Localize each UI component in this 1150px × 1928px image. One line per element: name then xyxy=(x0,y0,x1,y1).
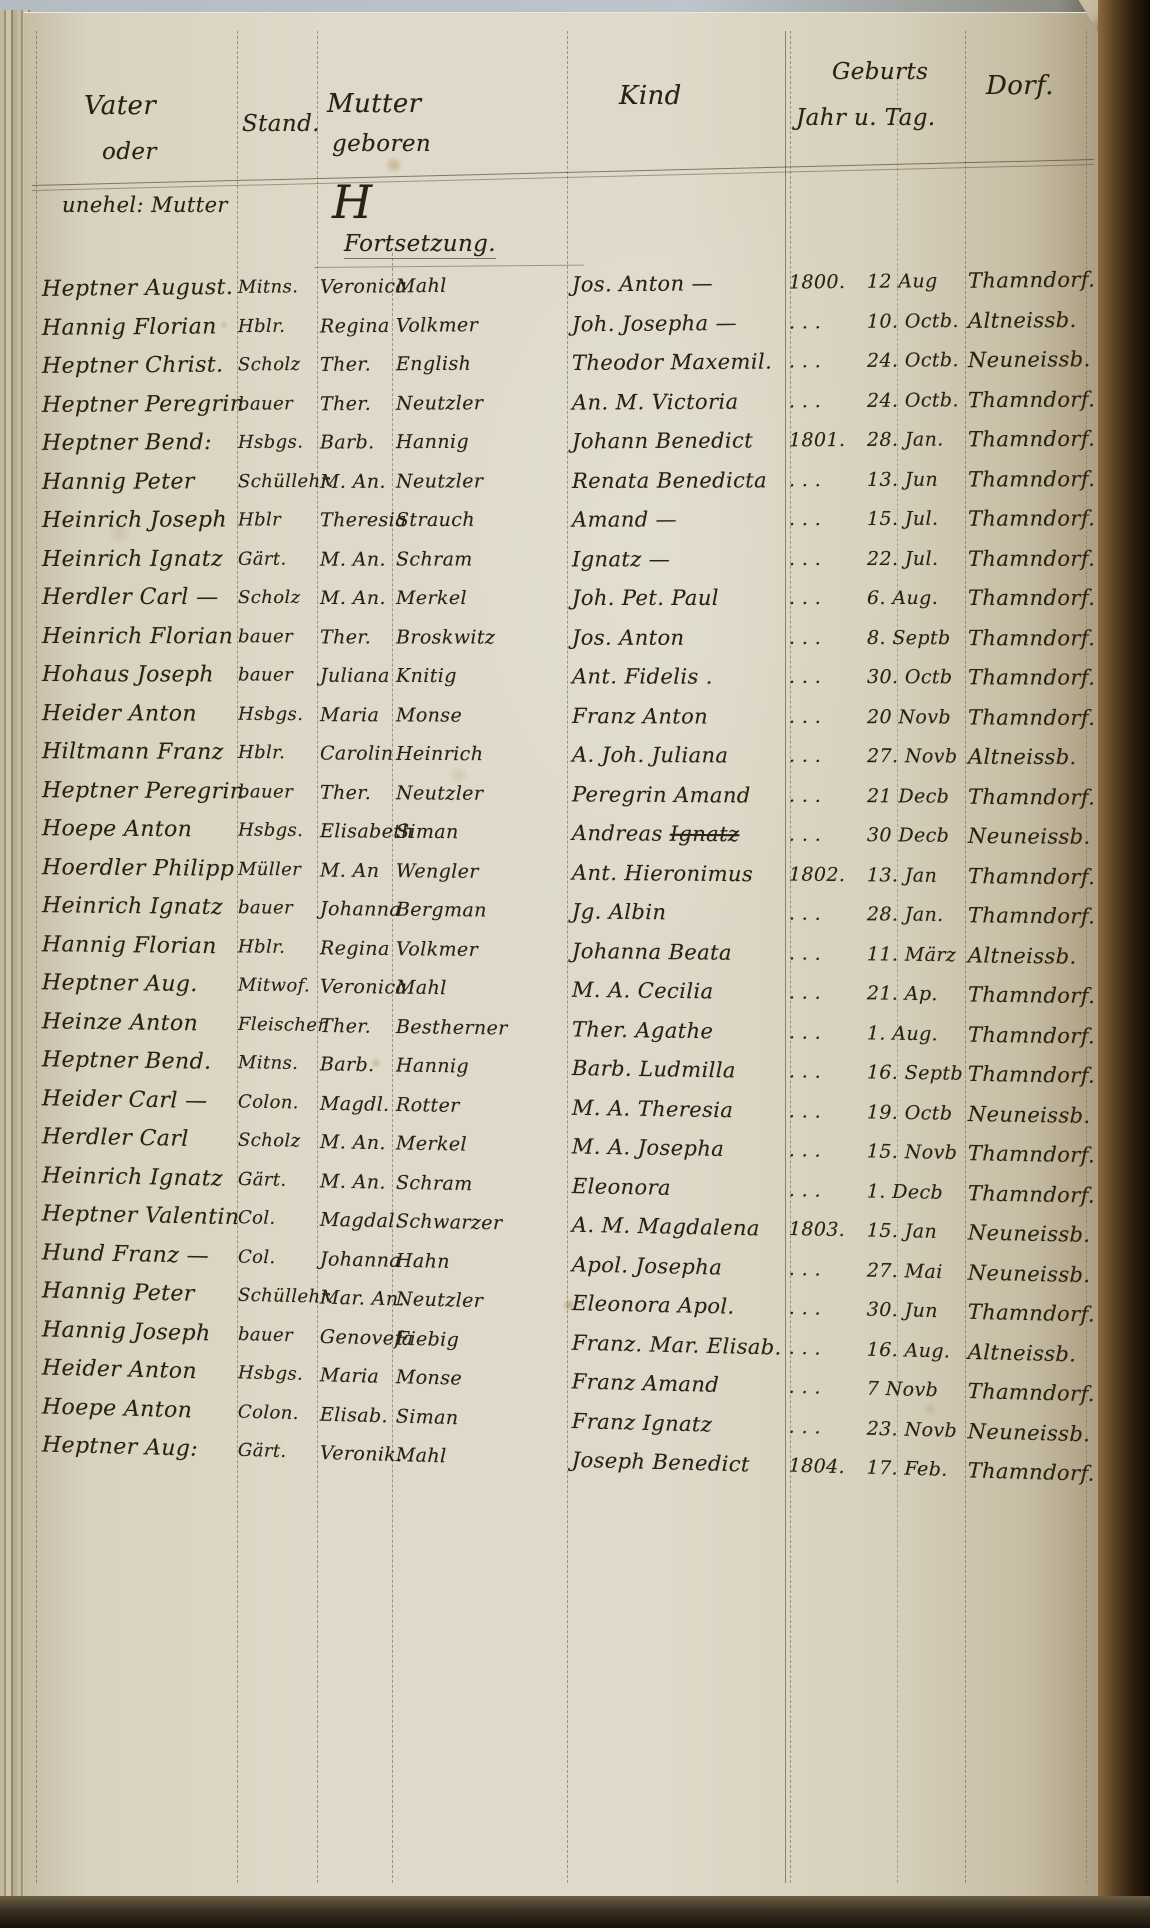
cell-mother-surname: Schram xyxy=(396,1163,473,1203)
cell-year: . . . xyxy=(789,579,821,618)
cell-day: 27. Novb xyxy=(867,737,958,776)
cell-village: Thamndorf. xyxy=(968,976,1096,1016)
cell-mother-given: M. An. xyxy=(320,1162,387,1202)
cell-father: Heptner August. xyxy=(42,269,234,309)
cell-mother-surname: Monse xyxy=(395,1358,462,1398)
cell-stand: Colon. xyxy=(237,1393,299,1433)
cell-village: Thamndorf. xyxy=(968,1055,1096,1095)
cell-day: 21. Ap. xyxy=(867,974,938,1013)
cell-village: Thamndorf. xyxy=(968,619,1095,658)
cell-year: . . . xyxy=(788,1368,821,1407)
cell-mother-surname: Mahl xyxy=(396,969,447,1008)
cell-mother-given: Ther. xyxy=(320,1006,372,1045)
cell-day: 11. März xyxy=(867,935,957,974)
cell-mother-surname: Fiebig xyxy=(395,1319,459,1359)
cell-stand: Hsbgs. xyxy=(237,1354,303,1394)
cell-father: Heptner Aug: xyxy=(41,1426,198,1469)
cell-year: . . . xyxy=(789,816,821,855)
cell-child: Johann Benedict xyxy=(572,421,753,460)
cell-mother-surname: Hannig xyxy=(396,1046,470,1086)
cell-day: 19. Octb xyxy=(867,1093,953,1133)
cell-mother-given: Barb. xyxy=(320,423,375,462)
cell-year: . . . xyxy=(789,1092,822,1131)
cell-mother-given: M. An xyxy=(320,851,380,890)
cell-child: Theodor Maxemil. xyxy=(572,343,772,383)
cell-mother-surname: Siman xyxy=(395,1397,459,1437)
cell-day: 10. Octb. xyxy=(867,302,959,341)
cell-day: 30. Octb xyxy=(867,658,953,697)
cell-year: . . . xyxy=(789,697,821,736)
cell-stand: Hblr. xyxy=(238,734,286,773)
cell-mother-given: Maria xyxy=(319,1356,379,1396)
cell-year: . . . xyxy=(789,894,822,933)
book-bottom-shadow xyxy=(0,1896,1150,1928)
cell-day: 22. Jul. xyxy=(867,539,938,578)
cell-year: . . . xyxy=(789,1171,822,1210)
header-birth-line2: Jahr u. Tag. xyxy=(796,105,936,131)
cell-father: Heider Carl — xyxy=(42,1080,208,1121)
cell-child: Franz Amand xyxy=(571,1362,719,1404)
cell-mother-given: Elisab. xyxy=(319,1395,388,1435)
cell-stand: Mitns. xyxy=(238,268,299,307)
header-father-line2: oder xyxy=(102,139,157,165)
cell-stand: Colon. xyxy=(238,1083,300,1122)
cell-stand: Scholz xyxy=(238,346,301,385)
cell-mother-given: Veronica xyxy=(320,968,408,1008)
cell-child: Eleonora Apol. xyxy=(571,1284,735,1326)
cell-mother-surname: Monse xyxy=(396,696,462,735)
cell-year: . . . xyxy=(788,1249,821,1288)
header-rule-bottom xyxy=(32,164,1094,191)
cell-day: 15. Jan xyxy=(866,1211,937,1251)
cell-child: Barb. Ludmilla xyxy=(572,1049,736,1090)
cell-father: Heinrich Ignatz xyxy=(42,1157,224,1199)
cell-stand: bauer xyxy=(237,1315,293,1355)
cell-mother-given: Carolin xyxy=(320,734,394,773)
register-row: Hohaus JosephbauerJulianaKnitigAnt. Fide… xyxy=(24,656,1104,697)
cell-year: . . . xyxy=(789,776,821,815)
header-rule-top xyxy=(32,159,1094,186)
cell-day: 20 Novb xyxy=(867,698,951,737)
cell-village: Altneissb. xyxy=(968,738,1077,777)
cell-child: Ignatz — xyxy=(572,540,670,579)
cell-day: 21 Decb xyxy=(867,777,950,816)
cell-mother-given: Ther. xyxy=(320,618,371,657)
cell-year: . . . xyxy=(789,934,822,973)
cell-father: Heptner Bend. xyxy=(42,1041,212,1082)
cell-child: Amand — xyxy=(572,500,677,539)
section-initial: H xyxy=(332,175,373,229)
cell-child: Ther. Agathe xyxy=(572,1010,714,1050)
cell-mother-given: Theresia xyxy=(320,501,407,540)
cell-village: Thamndorf. xyxy=(968,658,1095,697)
register-row: Heptner Bend:Hsbgs.Barb.HannigJohann Ben… xyxy=(24,420,1104,464)
cell-day: 13. Jan xyxy=(867,856,938,895)
cell-year: 1803. xyxy=(788,1210,845,1250)
cell-father: Heinrich Joseph xyxy=(42,502,227,541)
cell-year: 1800. xyxy=(789,263,846,302)
cell-mother-surname: Siman xyxy=(396,813,459,852)
cell-mother-surname: Wengler xyxy=(396,852,479,891)
cell-village: Thamndorf. xyxy=(968,698,1095,737)
cell-father: Herdler Carl xyxy=(42,1118,189,1159)
cell-day: 28. Jan. xyxy=(867,421,944,460)
cell-village: Thamndorf. xyxy=(968,539,1095,578)
cell-mother-given: Barb. xyxy=(320,1045,375,1084)
cell-mother-surname: Volkmer xyxy=(396,306,478,345)
cell-village: Thamndorf. xyxy=(968,1134,1096,1175)
header-birth-line1: Geburts xyxy=(832,59,928,85)
cell-father: Hoepe Anton xyxy=(42,810,193,850)
cell-village: Thamndorf. xyxy=(968,420,1096,459)
cell-year: . . . xyxy=(789,1052,822,1091)
register-row: Hiltmann FranzHblr.CarolinHeinrichA. Joh… xyxy=(24,733,1104,777)
cell-mother-surname: Bergman xyxy=(396,891,487,930)
cell-stand: bauer xyxy=(238,657,293,696)
cell-father: Heptner Bend: xyxy=(42,424,212,463)
cell-mother-given: Regina xyxy=(320,929,390,968)
cell-stand: bauer xyxy=(238,618,293,657)
header-village: Dorf. xyxy=(986,71,1054,101)
cell-mother-surname: Mahl xyxy=(395,1436,447,1476)
cell-child: M. A. Theresia xyxy=(572,1088,734,1129)
cell-year: . . . xyxy=(789,973,822,1012)
cell-mother-surname: Schwarzer xyxy=(396,1202,503,1243)
cell-village: Thamndorf. xyxy=(968,261,1096,301)
cell-year: . . . xyxy=(789,658,821,697)
cell-year: . . . xyxy=(788,1328,821,1367)
cell-mother-surname: Broskwitz xyxy=(396,618,495,657)
header-mother-line1: Mutter xyxy=(327,89,421,119)
cell-year: . . . xyxy=(789,382,821,421)
cell-mother-surname: English xyxy=(396,345,471,384)
cell-stand: Col. xyxy=(238,1238,276,1277)
cell-father: Hoepe Anton xyxy=(42,1388,193,1430)
cell-father: Heider Anton xyxy=(42,695,197,734)
cell-mother-surname: Knitig xyxy=(396,657,457,696)
cell-mother-given: Magdal. xyxy=(320,1201,402,1241)
cell-mother-given: Johanna xyxy=(320,890,402,929)
cell-child: Renata Benedicta xyxy=(572,461,767,500)
cell-village: Neuneissb. xyxy=(968,1094,1091,1134)
cell-stand: Col. xyxy=(238,1199,276,1238)
cell-day: 27. Mai xyxy=(866,1251,943,1291)
cell-child: Joh. Pet. Paul xyxy=(572,579,719,618)
cell-child: Apol. Josepha xyxy=(571,1245,722,1287)
cell-child: Jg. Albin xyxy=(572,892,667,931)
register-row: Heinrich JosephHblrTheresiaStrauchAmand … xyxy=(24,499,1104,540)
cell-child: Joseph Benedict xyxy=(571,1441,750,1484)
cell-father: Hund Franz — xyxy=(42,1234,210,1276)
cell-stand: Fleischer xyxy=(238,1005,327,1045)
cell-stand: Mitns. xyxy=(238,1044,299,1083)
cell-day: 12 Aug xyxy=(867,262,938,301)
cell-child: Ant. Hieronimus xyxy=(572,853,753,893)
cell-mother-surname: Merkel xyxy=(396,1124,468,1164)
cell-day: 13. Jun xyxy=(867,460,938,499)
cell-village: Neuneissb. xyxy=(967,1213,1090,1254)
cell-village: Altneissb. xyxy=(967,1332,1077,1373)
cell-child: Franz. Mar. Elisab. xyxy=(571,1323,782,1366)
cell-father: Hannig Peter xyxy=(42,463,195,502)
cell-mother-given: M. An. xyxy=(320,579,386,618)
cell-stand: Hblr. xyxy=(238,307,286,346)
cell-stand: Müller xyxy=(238,850,302,889)
cell-village: Thamndorf. xyxy=(967,1174,1095,1215)
cell-mother-given: M. An. xyxy=(320,1123,387,1163)
cell-year: . . . xyxy=(788,1407,821,1446)
cell-stand: bauer xyxy=(238,385,293,424)
cell-day: 23. Novb xyxy=(866,1409,957,1450)
cell-father: Heider Anton xyxy=(42,1349,198,1391)
register-row: Heptner Christ.ScholzTher.EnglishTheodor… xyxy=(24,340,1104,386)
register-rows: Heptner August.Mitns.VeronicaMahlJos. An… xyxy=(24,271,1104,1465)
cell-mother-given: Veronica xyxy=(320,267,408,306)
cell-child: Eleonora xyxy=(572,1167,672,1207)
cell-mother-surname: Neutzler xyxy=(396,462,483,501)
cell-mother-surname: Rotter xyxy=(396,1085,460,1125)
cell-mother-surname: Volkmer xyxy=(396,930,479,969)
cell-father: Heptner Peregrin xyxy=(42,385,245,425)
note-unmarried-mother: unehel: Mutter xyxy=(62,193,228,217)
cell-father: Heptner Valentin xyxy=(42,1195,240,1237)
cell-stand: Gärt. xyxy=(238,1160,287,1199)
cell-stand: Gärt. xyxy=(237,1432,287,1472)
cell-village: Neuneissb. xyxy=(967,1253,1090,1294)
cell-mother-surname: Hannig xyxy=(396,423,469,462)
cell-father: Heinrich Florian xyxy=(42,618,233,657)
cell-year: . . . xyxy=(789,1131,822,1170)
cell-mother-given: Ther. xyxy=(320,773,371,812)
register-row: Heider AntonHsbgs.MariaMonseFranz Anton.… xyxy=(24,695,1104,737)
cell-day: 1. Decb xyxy=(867,1172,944,1212)
cell-village: Altneissb. xyxy=(968,300,1077,339)
register-row: Hannig PeterSchüllehr.M. An.NeutzlerRena… xyxy=(24,460,1104,502)
cell-mother-surname: Bestherner xyxy=(396,1008,508,1048)
cell-mother-surname: Mahl xyxy=(396,267,447,306)
cell-stand: Gärt. xyxy=(238,540,287,579)
cell-mother-surname: Neutzler xyxy=(396,384,484,423)
cell-child: Andreas Ignatz xyxy=(572,814,740,854)
cell-child: Jos. Anton xyxy=(572,618,685,657)
cell-stand: bauer xyxy=(238,889,293,928)
cell-day: 30 Decb xyxy=(867,816,950,855)
cell-mother-given: Veronik. xyxy=(319,1434,403,1475)
register-page: Vater oder Stand. Mutter geboren Kind Ge… xyxy=(24,12,1104,1899)
cell-mother-surname: Neutzler xyxy=(395,1280,483,1320)
cell-village: Thamndorf. xyxy=(968,380,1096,419)
header-father-line1: Vater xyxy=(84,91,156,121)
cell-mother-given: Maria xyxy=(320,696,379,735)
cell-day: 7 Novb xyxy=(866,1370,938,1410)
cell-father: Hannig Florian xyxy=(42,926,217,966)
cell-year: . . . xyxy=(789,500,821,539)
cell-mother-surname: Heinrich xyxy=(396,735,484,774)
cell-father: Heinrich Ignatz xyxy=(42,540,223,579)
cell-day: 15. Jul. xyxy=(867,500,939,539)
struck-name: Ignatz xyxy=(670,822,740,847)
cell-stand: Hsbgs. xyxy=(238,695,303,734)
cell-mother-surname: Merkel xyxy=(396,579,467,618)
cell-stand: Scholz xyxy=(238,579,300,618)
cell-day: 15. Novb xyxy=(867,1132,958,1172)
cell-father: Heptner Christ. xyxy=(42,347,224,387)
cell-mother-given: Johanna xyxy=(320,1240,402,1280)
cell-day: 24. Octb. xyxy=(867,341,959,380)
cell-child: Peregrin Amand xyxy=(572,775,751,815)
cell-year: 1801. xyxy=(789,421,846,460)
cell-village: Thamndorf. xyxy=(968,857,1096,897)
cell-stand: Scholz xyxy=(238,1122,301,1162)
cell-village: Thamndorf. xyxy=(968,499,1095,538)
cell-year: . . . xyxy=(788,1289,821,1328)
register-row: Heptner PeregrinbauerTher.NeutzlerPeregr… xyxy=(24,772,1104,817)
header-mother-line2: geboren xyxy=(332,131,431,157)
cell-child: Franz Anton xyxy=(572,697,708,736)
register-row: Heptner PeregrinbauerTher.NeutzlerAn. M.… xyxy=(24,380,1104,425)
cell-village: Thamndorf. xyxy=(968,460,1095,499)
cell-father: Hoerdler Philipp xyxy=(42,849,235,889)
cell-mother-given: Juliana xyxy=(320,657,390,696)
cell-mother-given: Mar. An. xyxy=(320,1279,406,1319)
cell-year: . . . xyxy=(789,540,821,579)
cell-father: Heptner Peregrin xyxy=(42,772,245,812)
cell-child: Johanna Beata xyxy=(572,932,732,972)
cell-village: Altneissb. xyxy=(968,936,1077,976)
cell-year: . . . xyxy=(789,737,821,776)
cell-mother-given: Regina xyxy=(320,306,390,345)
register-row: Heinrich IgnatzGärt.M. An.SchramIgnatz —… xyxy=(24,539,1104,579)
cell-year: . . . xyxy=(789,461,821,500)
cell-year: . . . xyxy=(789,1013,822,1052)
cell-father: Hohaus Joseph xyxy=(42,656,214,695)
cell-village: Neuneissb. xyxy=(968,340,1091,379)
cell-father: Hiltmann Franz xyxy=(42,733,224,772)
header-stand: Stand. xyxy=(242,111,320,137)
cell-village: Neuneissb. xyxy=(967,1412,1091,1454)
cell-child: An. M. Victoria xyxy=(572,382,739,422)
cell-mother-given: M. An. xyxy=(320,462,386,501)
cell-father: Hannig Florian xyxy=(42,308,217,348)
cell-mother-given: Ther. xyxy=(320,384,371,423)
cell-mother-surname: Hahn xyxy=(396,1241,451,1281)
cell-village: Thamndorf. xyxy=(967,1293,1095,1334)
cell-mother-given: Magdl. xyxy=(320,1084,390,1124)
cell-father: Heinze Anton xyxy=(42,1003,199,1044)
cell-day: 30. Jun xyxy=(866,1291,938,1331)
cell-child: Jos. Anton — xyxy=(572,264,713,304)
cell-village: Thamndorf. xyxy=(967,1372,1095,1414)
cell-child: Ant. Fidelis . xyxy=(572,657,713,696)
cell-father: Hannig Joseph xyxy=(42,1311,211,1353)
cell-mother-surname: Neutzler xyxy=(396,774,484,813)
cell-village: Thamndorf. xyxy=(968,896,1096,936)
cell-village: Thamndorf. xyxy=(968,579,1095,618)
cell-day: 8. Septb xyxy=(867,619,951,658)
header-child: Kind xyxy=(619,81,682,111)
cell-mother-surname: Strauch xyxy=(396,501,475,540)
cell-village: Thamndorf. xyxy=(967,1451,1095,1493)
cell-day: 16. Septb xyxy=(867,1053,964,1093)
book-photo: Vater oder Stand. Mutter geboren Kind Ge… xyxy=(0,0,1150,1928)
cell-mother-given: M. An. xyxy=(320,540,386,579)
cell-year: 1802. xyxy=(789,855,846,894)
cell-child: M. A. Cecilia xyxy=(572,971,714,1011)
register-row: Heinrich FlorianbauerTher.BroskwitzJos. … xyxy=(24,618,1104,658)
cell-day: 6. Aug. xyxy=(867,579,938,618)
cell-year: 1804. xyxy=(788,1447,845,1487)
cell-village: Neuneissb. xyxy=(968,817,1091,856)
cell-child: M. A. Josepha xyxy=(572,1127,725,1168)
cell-day: 17. Feb. xyxy=(866,1449,948,1490)
cell-mother-surname: Schram xyxy=(396,540,473,579)
cell-stand: Hblr. xyxy=(238,928,286,967)
cell-father: Herdler Carl — xyxy=(42,579,218,618)
cell-mother-given: Ther. xyxy=(320,345,371,384)
cell-day: 1. Aug. xyxy=(867,1014,939,1053)
cell-stand: Mitwof. xyxy=(238,967,311,1006)
book-cover-edge xyxy=(1098,0,1150,1928)
cell-stand: Hblr xyxy=(238,501,281,540)
cell-village: Thamndorf. xyxy=(968,1015,1096,1055)
cell-year: . . . xyxy=(789,342,821,381)
cell-father: Heinrich Ignatz xyxy=(42,887,223,927)
cell-year: . . . xyxy=(789,618,821,657)
cell-child: A. M. Magdalena xyxy=(572,1206,761,1248)
cell-day: 28. Jan. xyxy=(867,895,944,934)
cell-year: . . . xyxy=(789,303,822,342)
cell-day: 24. Octb. xyxy=(867,381,959,420)
section-continuation-label: Fortsetzung. xyxy=(344,231,496,259)
cell-child: Franz Ignatz xyxy=(571,1402,712,1444)
cell-father: Heptner Aug. xyxy=(42,964,198,1004)
cell-village: Thamndorf. xyxy=(968,777,1096,816)
cell-father: Hannig Peter xyxy=(42,1272,196,1314)
cell-child: Joh. Josepha — xyxy=(572,303,737,343)
cell-stand: Hsbgs. xyxy=(238,424,304,463)
register-row: Herdler Carl —ScholzM. An.MerkelJoh. Pet… xyxy=(24,579,1104,618)
cell-stand: bauer xyxy=(238,773,293,812)
cell-child: A. Joh. Juliana xyxy=(572,736,729,775)
cell-stand: Hsbgs. xyxy=(238,812,304,851)
cell-day: 16. Aug. xyxy=(866,1330,950,1370)
